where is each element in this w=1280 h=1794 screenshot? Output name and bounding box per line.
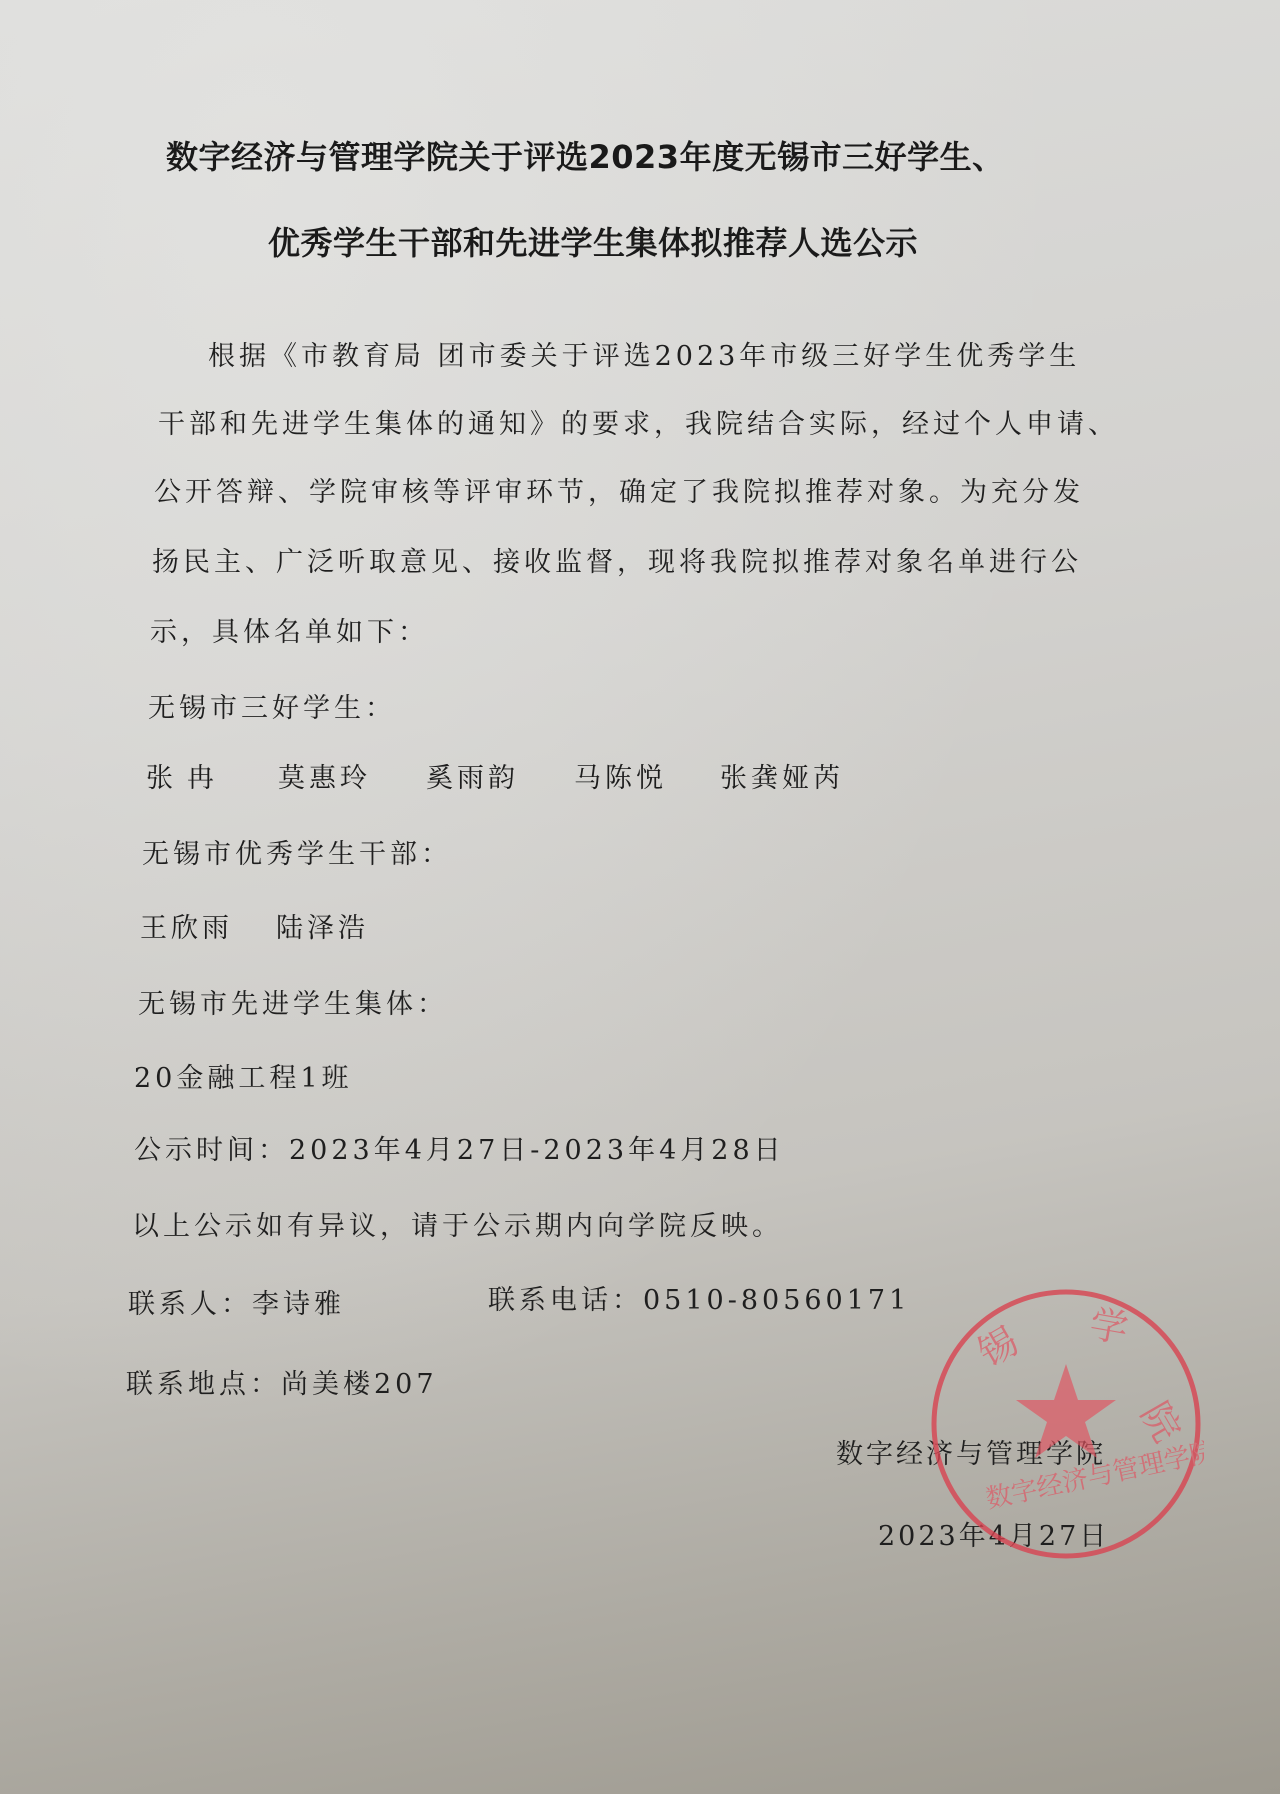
ganbu-name-list: 王欣雨 陆泽浩: [140, 906, 369, 945]
contact-place: 联系地点：尚美楼207: [126, 1362, 438, 1401]
document-title-line-2: 优秀学生干部和先进学生集体拟推荐人选公示: [268, 218, 918, 264]
svg-text:院: 院: [1132, 1395, 1189, 1450]
body-paragraph-line-5: 示，具体名单如下：: [150, 610, 429, 649]
document-title-line-1: 数字经济与管理学院关于评选2023年度无锡市三好学生、: [166, 132, 1005, 178]
contact-person: 联系人：李诗雅: [128, 1282, 345, 1321]
signature-organization: 数字经济与管理学院: [836, 1432, 1106, 1471]
nominee-name: 王欣雨: [140, 906, 276, 945]
section-heading-ganbu: 无锡市优秀学生干部：: [142, 832, 452, 871]
svg-text:锡: 锡: [971, 1319, 1026, 1376]
document-page: 数字经济与管理学院关于评选2023年度无锡市三好学生、 优秀学生干部和先进学生集…: [0, 0, 1280, 1794]
body-paragraph-line-3: 公开答辩、学院审核等评审环节，确定了我院拟推荐对象。为充分发: [154, 470, 1084, 509]
body-paragraph-line-1: 根据《市教育局 团市委关于评选2023年市级三好学生优秀学生: [208, 334, 1080, 373]
nominee-name: 马陈悦: [574, 756, 720, 795]
objection-notice: 以上公示如有异议，请于公示期内向学院反映。: [132, 1204, 783, 1243]
body-paragraph-line-2: 干部和先进学生集体的通知》的要求，我院结合实际，经过个人申请、: [158, 402, 1119, 441]
nominee-name: 陆泽浩: [276, 906, 369, 945]
svg-text:学: 学: [1086, 1302, 1131, 1352]
publicity-period: 公示时间：2023年4月27日-2023年4月28日: [134, 1128, 785, 1167]
nominee-collective: 20金融工程1班: [134, 1056, 353, 1095]
section-heading-jiti: 无锡市先进学生集体：: [138, 982, 448, 1021]
body-paragraph-line-4: 扬民主、广泛听取意见、接收监督，现将我院拟推荐对象名单进行公: [152, 540, 1082, 579]
nominee-name: 奚雨韵: [426, 756, 574, 795]
nominee-name: 张龚娅芮: [720, 756, 844, 795]
nominee-name: 莫惠玲: [278, 756, 426, 795]
sanhao-name-list: 张冉 莫惠玲 奚雨韵 马陈悦 张龚娅芮: [146, 756, 844, 795]
nominee-name: 张冉: [146, 756, 278, 795]
section-heading-sanhao: 无锡市三好学生：: [148, 686, 396, 725]
contact-phone: 联系电话：0510-80560171: [488, 1278, 910, 1317]
signature-date: 2023年4月27日: [878, 1514, 1109, 1553]
